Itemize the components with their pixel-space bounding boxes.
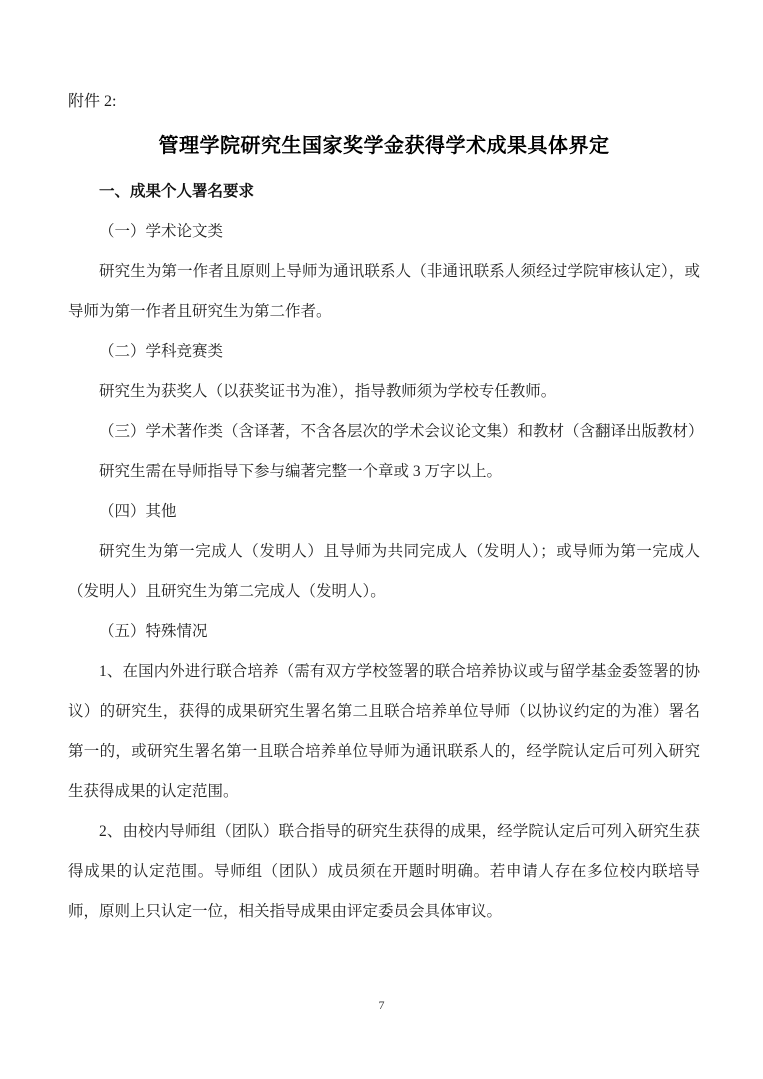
paragraph-special-case-advisor-team: 2、由校内导师组（团队）联合指导的研究生获得的成果，经学院认定后可列入研究生获得…: [68, 812, 700, 932]
paragraph-academic-papers-rule: 研究生为第一作者且原则上导师为通讯联系人（非通讯联系人须经过学院审核认定），或导…: [68, 252, 700, 332]
subheading-special-cases: （五）特殊情况: [68, 612, 700, 652]
page-number: 7: [379, 998, 385, 1012]
document-title: 管理学院研究生国家奖学金获得学术成果具体界定: [68, 132, 700, 160]
document-body: 一、成果个人署名要求 （一）学术论文类 研究生为第一作者且原则上导师为通讯联系人…: [68, 172, 700, 932]
paragraph-others-rule: 研究生为第一完成人（发明人）且导师为共同完成人（发明人）；或导师为第一完成人（发…: [68, 532, 700, 612]
subheading-others: （四）其他: [68, 492, 700, 532]
subheading-academic-works: （三）学术著作类（含译著，不含各层次的学术会议论文集）和教材（含翻译出版教材）: [68, 412, 700, 452]
subheading-academic-papers: （一）学术论文类: [68, 212, 700, 252]
document-page: 附件 2: 管理学院研究生国家奖学金获得学术成果具体界定 一、成果个人署名要求 …: [0, 0, 763, 1079]
section-heading-signature-requirements: 一、成果个人署名要求: [68, 172, 700, 212]
paragraph-special-case-joint-training: 1、在国内外进行联合培养（需有双方学校签署的联合培养协议或与留学基金委签署的协议…: [68, 652, 700, 812]
attachment-label: 附件 2:: [68, 90, 700, 114]
paragraph-competitions-rule: 研究生为获奖人（以获奖证书为准），指导教师须为学校专任教师。: [68, 372, 700, 412]
paragraph-academic-works-rule: 研究生需在导师指导下参与编著完整一个章或 3 万字以上。: [68, 452, 700, 492]
page-footer: 7: [0, 996, 763, 1014]
subheading-discipline-competitions: （二）学科竞赛类: [68, 332, 700, 372]
